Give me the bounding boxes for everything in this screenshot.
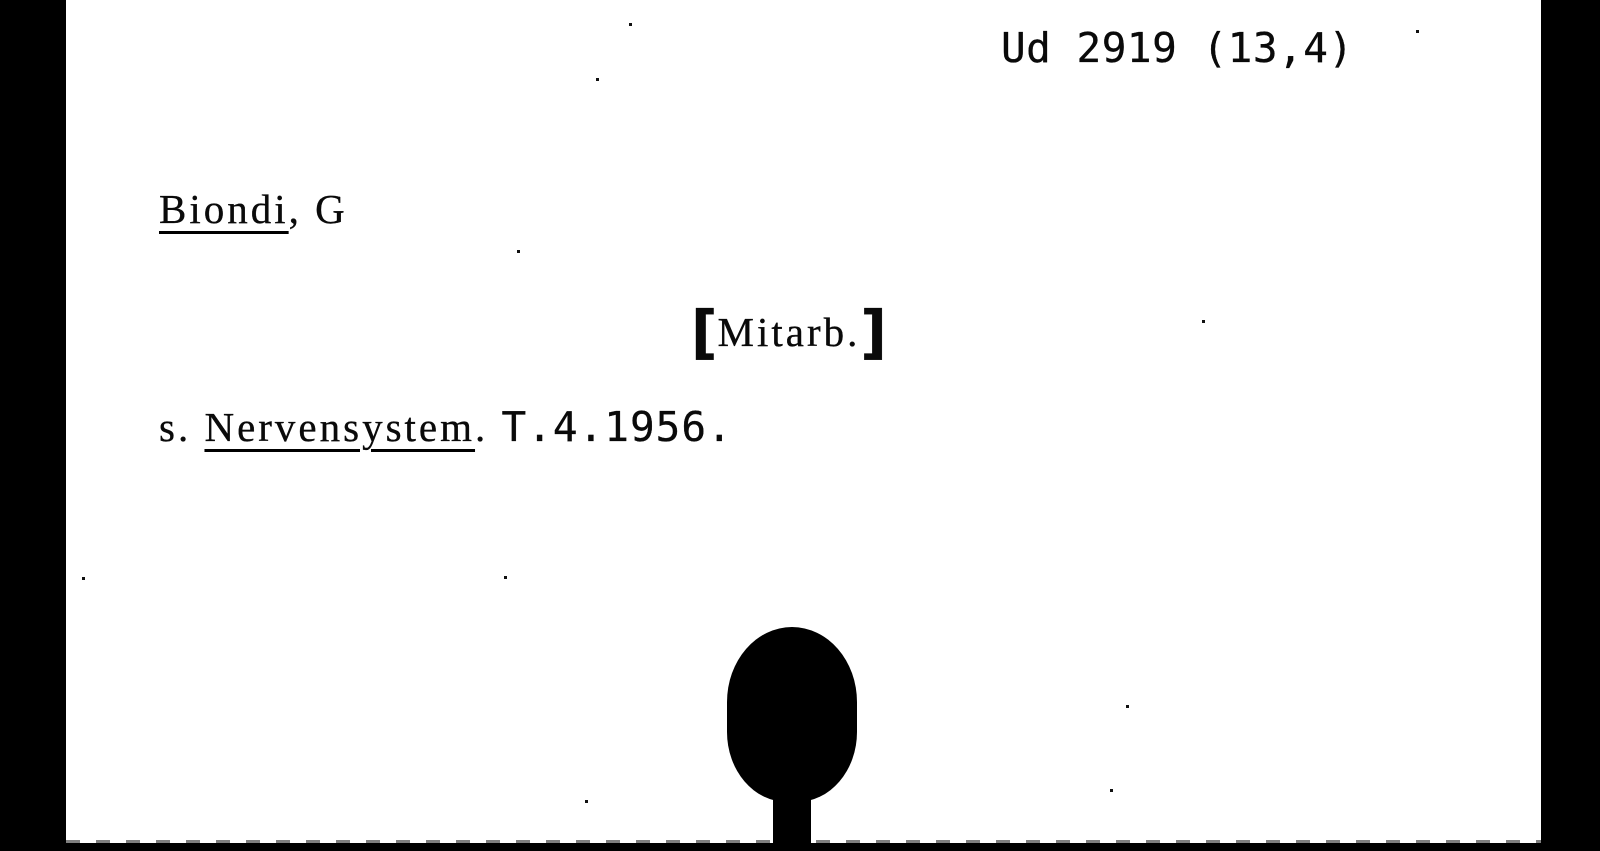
reference-separator: . (475, 404, 502, 450)
scan-speck (517, 250, 520, 253)
reference-volume-date: T.4.1956. (502, 403, 733, 451)
open-bracket: [ (691, 303, 718, 361)
scan-speck (629, 23, 632, 26)
scan-speck (585, 800, 588, 803)
author-separator: , (289, 186, 316, 232)
scan-speck (1126, 705, 1129, 708)
author-surname: Biondi (159, 186, 289, 232)
scan-speck (1110, 789, 1113, 792)
scan-speck (596, 78, 599, 81)
scan-speck (82, 577, 85, 580)
scan-speck (1416, 30, 1419, 33)
card-bottom-edge (66, 840, 1541, 843)
reference-prefix: s. (159, 404, 204, 450)
scan-speck (504, 576, 507, 579)
scan-speck (1202, 320, 1205, 323)
punch-hole-icon (727, 627, 857, 802)
reference-subject: Nervensystem (204, 404, 475, 450)
author-initial: G (315, 186, 348, 232)
catalog-card: Ud 2919 (13,4) Biondi, G [Mitarb.] s. Ne… (66, 0, 1541, 843)
call-number: Ud 2919 (13,4) (1001, 28, 1354, 69)
see-reference: s. Nervensystem. T.4.1956. (106, 366, 733, 489)
role-text: Mitarb. (718, 309, 861, 355)
close-bracket: ] (860, 303, 887, 361)
author-heading: Biondi, G (106, 148, 348, 271)
